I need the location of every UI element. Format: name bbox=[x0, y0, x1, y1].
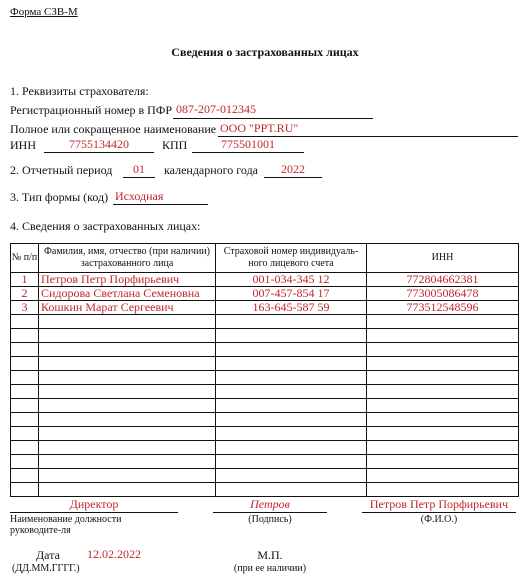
empty-cell[interactable] bbox=[367, 357, 519, 371]
empty-cell[interactable] bbox=[367, 371, 519, 385]
cell-inn: 773005086478 bbox=[367, 287, 519, 301]
date-label: Дата bbox=[36, 548, 60, 563]
empty-cell[interactable] bbox=[39, 413, 216, 427]
empty-cell[interactable] bbox=[216, 469, 367, 483]
empty-cell[interactable] bbox=[216, 343, 367, 357]
inn-label: ИНН bbox=[10, 138, 36, 153]
empty-cell[interactable] bbox=[216, 329, 367, 343]
empty-cell[interactable] bbox=[367, 399, 519, 413]
empty-table-row bbox=[11, 441, 519, 455]
empty-table-row bbox=[11, 469, 519, 483]
insured-persons-table: № п/п Фамилия, имя, отчество (при наличи… bbox=[10, 243, 519, 497]
table-row: 1Петров Петр Порфирьевич001-034-345 1277… bbox=[11, 273, 519, 287]
empty-cell[interactable] bbox=[11, 343, 39, 357]
inn-value: 7755134420 bbox=[44, 137, 154, 152]
page-title: Сведения о застрахованных лицах bbox=[0, 45, 530, 60]
cell-num: 3 bbox=[11, 301, 39, 315]
empty-cell[interactable] bbox=[11, 399, 39, 413]
empty-cell[interactable] bbox=[216, 441, 367, 455]
col-snils: Страховой номер индивидуаль-ного лицевог… bbox=[216, 244, 367, 273]
year-label: календарного года bbox=[164, 163, 258, 178]
empty-cell[interactable] bbox=[367, 385, 519, 399]
kpp-value: 775501001 bbox=[192, 137, 304, 152]
empty-cell[interactable] bbox=[39, 441, 216, 455]
cell-num: 1 bbox=[11, 273, 39, 287]
period-value: 01 bbox=[123, 162, 155, 177]
fio-value: Петров Петр Порфирьевич bbox=[362, 497, 516, 512]
empty-cell[interactable] bbox=[216, 371, 367, 385]
cell-snils: 001-034-345 12 bbox=[216, 273, 367, 287]
empty-cell[interactable] bbox=[216, 357, 367, 371]
empty-table-row bbox=[11, 343, 519, 357]
empty-table-row bbox=[11, 413, 519, 427]
table-row: 3Кошкин Марат Сергеевич163-645-587 59773… bbox=[11, 301, 519, 315]
date-value: 12.02.2022 bbox=[87, 547, 141, 562]
empty-cell[interactable] bbox=[11, 315, 39, 329]
empty-cell[interactable] bbox=[39, 385, 216, 399]
empty-cell[interactable] bbox=[216, 315, 367, 329]
stamp-caption: (при ее наличии) bbox=[220, 563, 320, 574]
empty-table-row bbox=[11, 455, 519, 469]
empty-table-row bbox=[11, 385, 519, 399]
empty-cell[interactable] bbox=[11, 329, 39, 343]
col-num: № п/п bbox=[11, 244, 39, 273]
empty-cell[interactable] bbox=[367, 413, 519, 427]
cell-name: Петров Петр Порфирьевич bbox=[39, 273, 216, 287]
empty-table-row bbox=[11, 371, 519, 385]
period-label: 2. Отчетный период bbox=[10, 163, 112, 178]
empty-cell[interactable] bbox=[39, 329, 216, 343]
type-label: 3. Тип формы (код) bbox=[10, 190, 108, 205]
empty-cell[interactable] bbox=[11, 357, 39, 371]
reg-label: Регистрационный номер в ПФР bbox=[10, 103, 172, 118]
empty-cell[interactable] bbox=[367, 483, 519, 497]
year-value: 2022 bbox=[264, 162, 322, 177]
empty-table-row bbox=[11, 399, 519, 413]
name-value: ООО "PPT.RU" bbox=[220, 121, 298, 136]
position-caption: Наименование должности руководите-ля bbox=[10, 514, 170, 536]
table-row: 2Сидорова Светлана Семеновна007-457-854 … bbox=[11, 287, 519, 301]
empty-cell[interactable] bbox=[39, 315, 216, 329]
fio-caption: (Ф.И.О.) bbox=[362, 514, 516, 525]
empty-cell[interactable] bbox=[11, 469, 39, 483]
date-caption: (ДД.ММ.ГГГГ.) bbox=[12, 563, 80, 574]
section4-heading: 4. Сведения о застрахованных лицах: bbox=[10, 219, 200, 234]
empty-cell[interactable] bbox=[39, 483, 216, 497]
empty-cell[interactable] bbox=[216, 483, 367, 497]
cell-snils: 007-457-854 17 bbox=[216, 287, 367, 301]
type-value: Исходная bbox=[115, 189, 163, 204]
cell-inn: 773512548596 bbox=[367, 301, 519, 315]
col-name: Фамилия, имя, отчество (при наличии) зас… bbox=[39, 244, 216, 273]
name-label: Полное или сокращенное наименование bbox=[10, 122, 216, 137]
empty-cell[interactable] bbox=[11, 455, 39, 469]
empty-cell[interactable] bbox=[367, 469, 519, 483]
section1-heading: 1. Реквизиты страхователя: bbox=[10, 84, 149, 99]
form-label: Форма СЗВ-М bbox=[10, 6, 78, 18]
empty-cell[interactable] bbox=[11, 413, 39, 427]
empty-cell[interactable] bbox=[216, 399, 367, 413]
cell-snils: 163-645-587 59 bbox=[216, 301, 367, 315]
empty-cell[interactable] bbox=[216, 385, 367, 399]
empty-table-row bbox=[11, 357, 519, 371]
empty-cell[interactable] bbox=[39, 399, 216, 413]
empty-cell[interactable] bbox=[39, 343, 216, 357]
empty-cell[interactable] bbox=[11, 483, 39, 497]
empty-table-row bbox=[11, 483, 519, 497]
empty-cell[interactable] bbox=[216, 413, 367, 427]
cell-num: 2 bbox=[11, 287, 39, 301]
cell-inn: 772804662381 bbox=[367, 273, 519, 287]
empty-table-row bbox=[11, 427, 519, 441]
empty-cell[interactable] bbox=[11, 385, 39, 399]
empty-cell[interactable] bbox=[39, 371, 216, 385]
empty-table-row bbox=[11, 329, 519, 343]
reg-value: 087-207-012345 bbox=[176, 102, 256, 117]
stamp-label: М.П. bbox=[230, 548, 310, 563]
cell-name: Кошкин Марат Сергеевич bbox=[39, 301, 216, 315]
signature-value: Петров bbox=[213, 497, 327, 512]
empty-cell[interactable] bbox=[367, 455, 519, 469]
empty-table-row bbox=[11, 315, 519, 329]
empty-cell[interactable] bbox=[39, 455, 216, 469]
empty-cell[interactable] bbox=[39, 427, 216, 441]
position-value: Директор bbox=[10, 497, 178, 512]
empty-cell[interactable] bbox=[39, 469, 216, 483]
empty-cell[interactable] bbox=[11, 441, 39, 455]
empty-cell[interactable] bbox=[11, 427, 39, 441]
cell-name: Сидорова Светлана Семеновна bbox=[39, 287, 216, 301]
empty-cell[interactable] bbox=[39, 357, 216, 371]
signature-caption: (Подпись) bbox=[213, 514, 327, 525]
empty-cell[interactable] bbox=[367, 343, 519, 357]
col-inn: ИНН bbox=[367, 244, 519, 273]
empty-cell[interactable] bbox=[367, 329, 519, 343]
empty-cell[interactable] bbox=[216, 455, 367, 469]
empty-cell[interactable] bbox=[367, 427, 519, 441]
empty-cell[interactable] bbox=[216, 427, 367, 441]
empty-cell[interactable] bbox=[11, 371, 39, 385]
empty-cell[interactable] bbox=[367, 315, 519, 329]
kpp-label: КПП bbox=[162, 138, 187, 153]
empty-cell[interactable] bbox=[367, 441, 519, 455]
